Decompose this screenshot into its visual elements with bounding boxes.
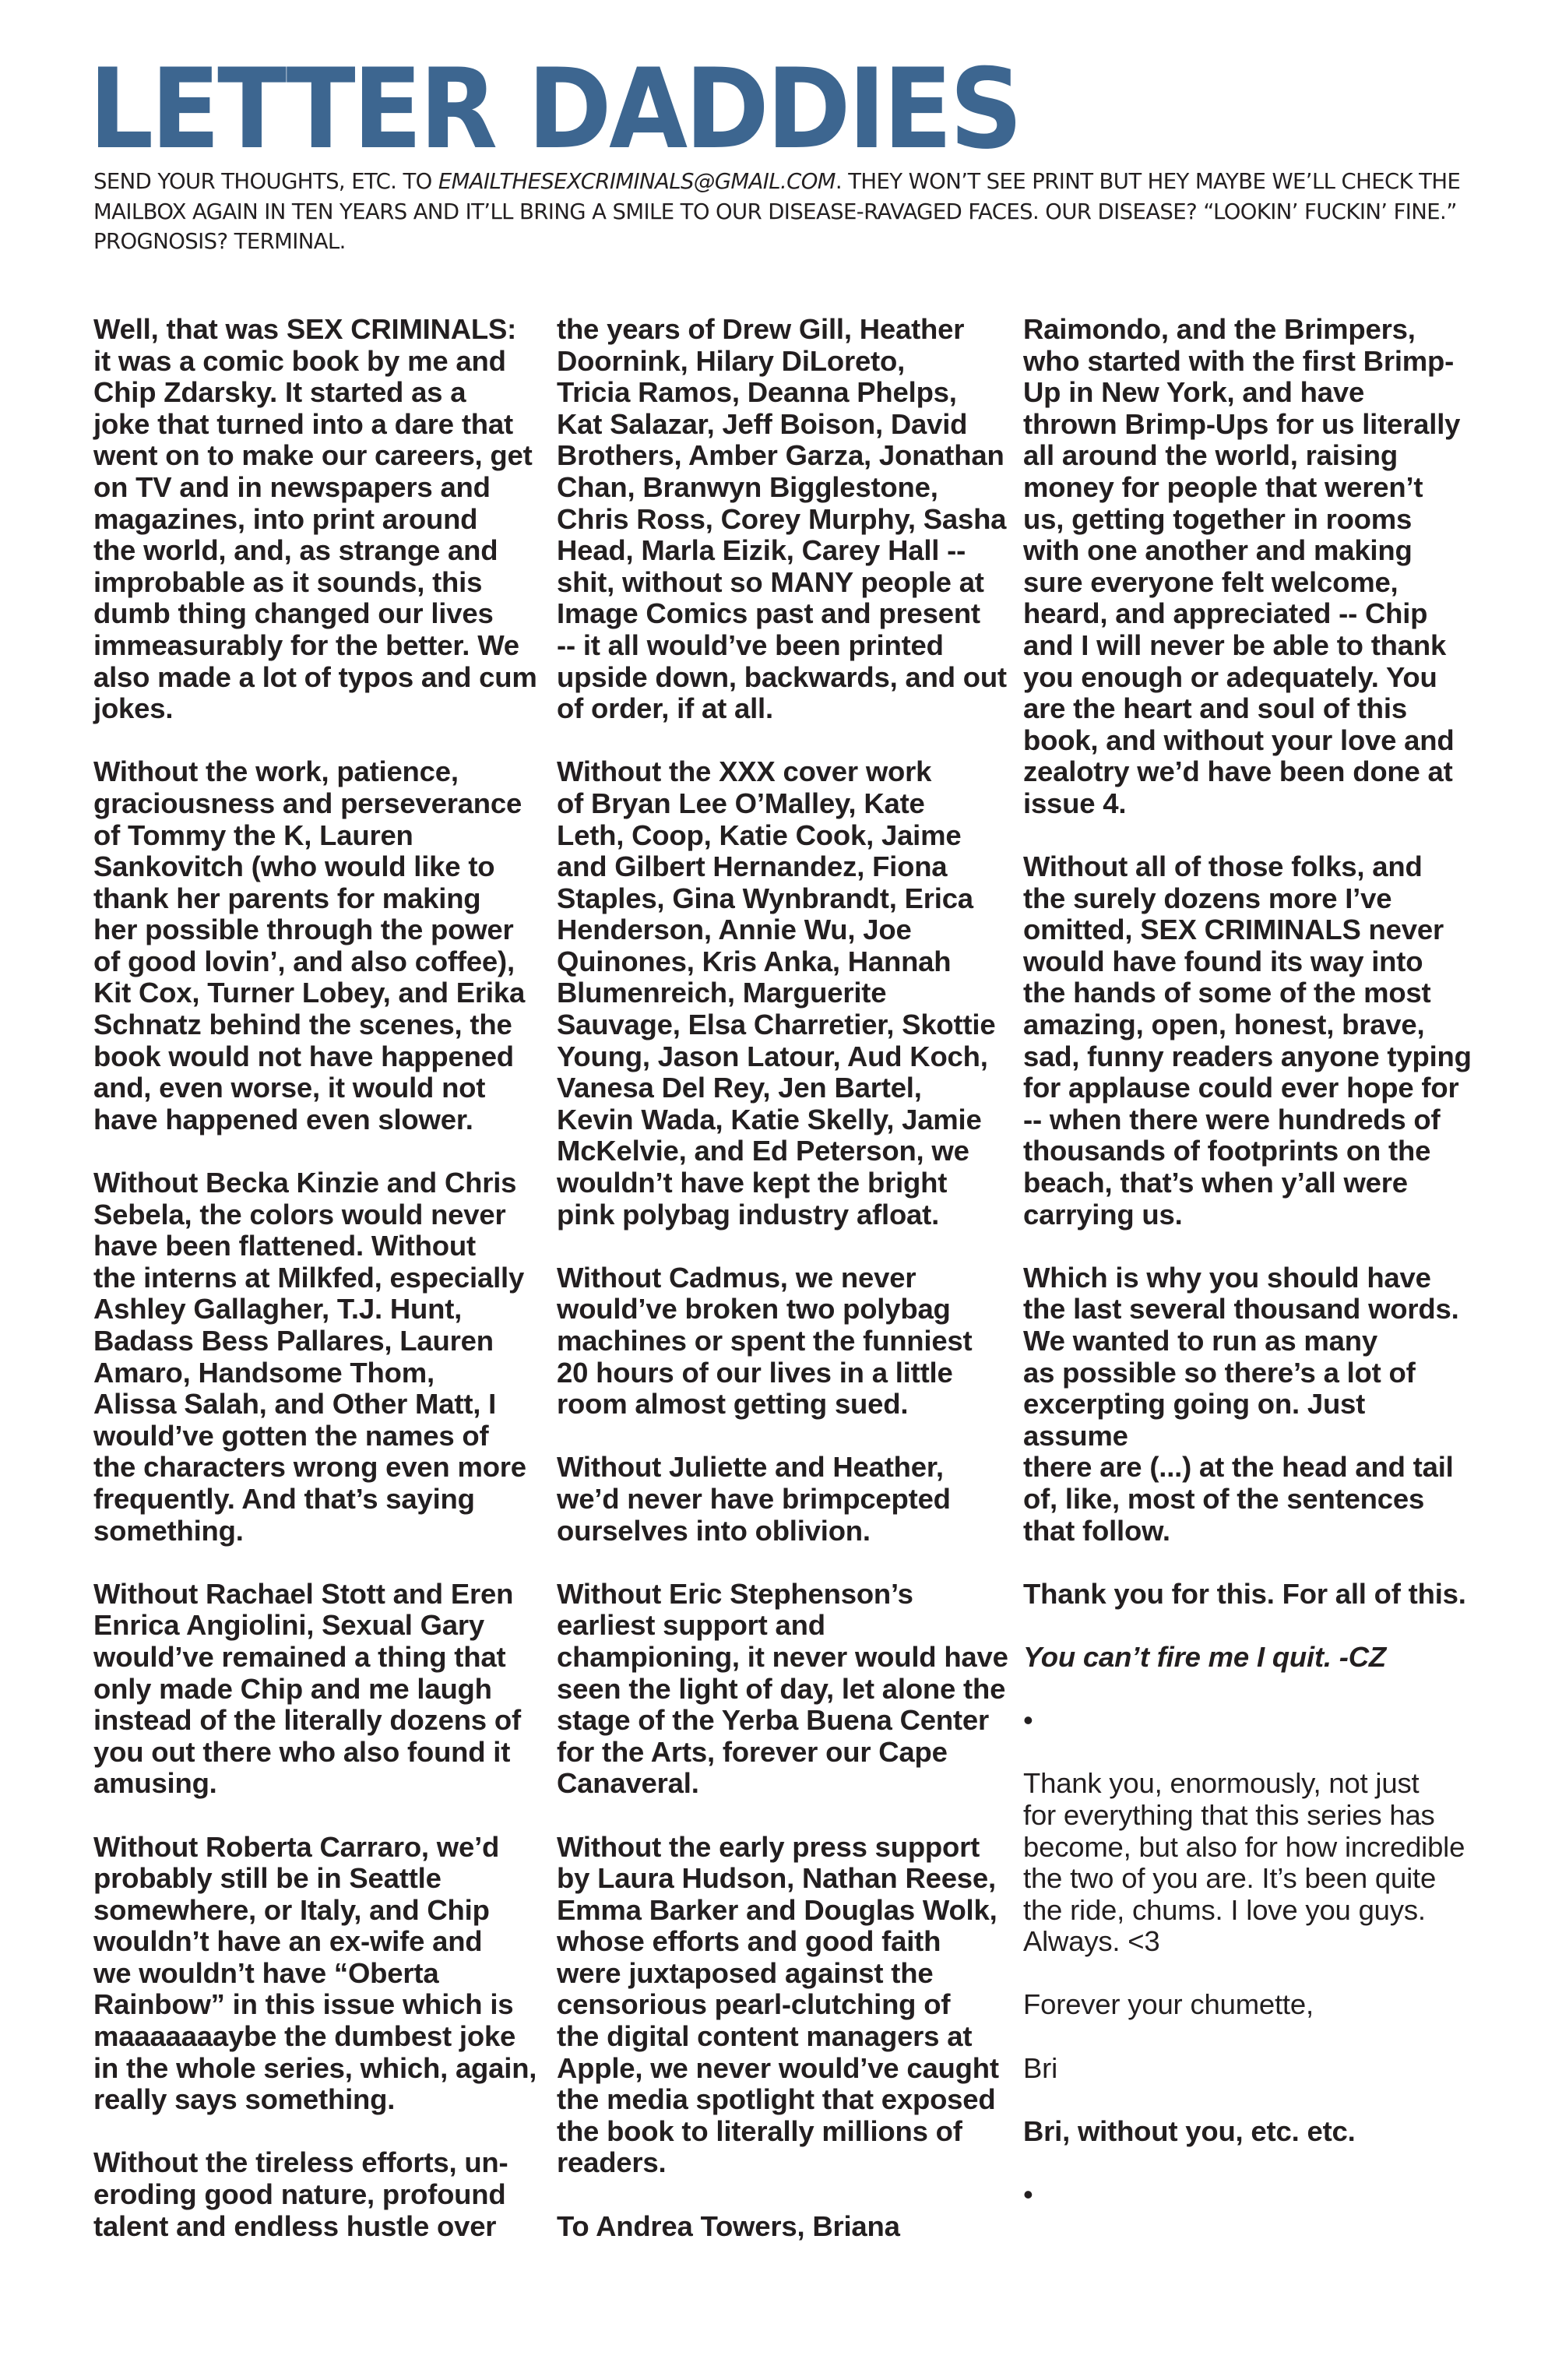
paragraph-thanks-juliette: Without Juliette and Heather, we’d never… bbox=[557, 1452, 1008, 1547]
bri-closing: Forever your chumette, bbox=[1023, 1989, 1475, 2021]
bri-name: Bri bbox=[1023, 2053, 1475, 2085]
paragraph-thanks-covers: Without the XXX cover work of Bryan Lee … bbox=[557, 756, 1008, 1230]
paragraph-thanks-image-start: Without the tireless efforts, un- erodin… bbox=[93, 2147, 545, 2242]
page-title: LETTER DADDIES bbox=[89, 55, 1020, 165]
separator-bullet: • bbox=[1023, 1705, 1475, 1737]
subtitle-intro: SEND YOUR THOUGHTS, ETC. TO bbox=[93, 169, 438, 194]
page-subtitle: SEND YOUR THOUGHTS, ETC. TO EMAILTHESEXC… bbox=[93, 167, 1464, 257]
paragraph-brimpers-start: To Andrea Towers, Briana bbox=[557, 2211, 1008, 2243]
column-3: Raimondo, and the Brimpers, who started … bbox=[1023, 314, 1475, 2211]
paragraph-intro: Well, that was SEX CRIMINALS: it was a c… bbox=[93, 314, 545, 725]
paragraph-thanks-image-cont: the years of Drew Gill, Heather Doornink… bbox=[557, 314, 1008, 725]
separator-bullet: • bbox=[1023, 2179, 1475, 2211]
paragraph-readers: Without all of those folks, and the sure… bbox=[1023, 851, 1475, 1230]
letters-page: LETTER DADDIES SEND YOUR THOUGHTS, ETC. … bbox=[0, 0, 1548, 2380]
paragraph-thanks-cadmus: Without Cadmus, we never would’ve broken… bbox=[557, 1262, 1008, 1421]
paragraph-brimpers-cont: Raimondo, and the Brimpers, who started … bbox=[1023, 314, 1475, 820]
bri-heading: Bri, without you, etc. etc. bbox=[1023, 2116, 1475, 2148]
paragraph-thanks-eric: Without Eric Stephenson’s earliest suppo… bbox=[557, 1579, 1008, 1800]
paragraph-thanks-staff: Without the work, patience, graciousness… bbox=[93, 756, 545, 1135]
bri-message: Thank you, enormously, not just for ever… bbox=[1023, 1768, 1475, 1958]
contact-email: EMAILTHESEXCRIMINALS@GMAIL.COM bbox=[438, 169, 836, 194]
paragraph-thanks-artists: Without Rachael Stott and Eren Enrica An… bbox=[93, 1579, 545, 1800]
signoff-cz: You can’t fire me I quit. -CZ bbox=[1023, 1642, 1475, 1674]
column-2: the years of Drew Gill, Heather Doornink… bbox=[557, 314, 1008, 2242]
paragraph-thanks-press: Without the early press support by Laura… bbox=[557, 1832, 1008, 2180]
paragraph-thank-you: Thank you for this. For all of this. bbox=[1023, 1579, 1475, 1611]
paragraph-excerpting: Which is why you should have the last se… bbox=[1023, 1262, 1475, 1547]
paragraph-thanks-colors: Without Becka Kinzie and Chris Sebela, t… bbox=[93, 1167, 545, 1547]
column-1: Well, that was SEX CRIMINALS: it was a c… bbox=[93, 314, 545, 2242]
paragraph-thanks-roberta: Without Roberta Carraro, we’d probably s… bbox=[93, 1832, 545, 2116]
